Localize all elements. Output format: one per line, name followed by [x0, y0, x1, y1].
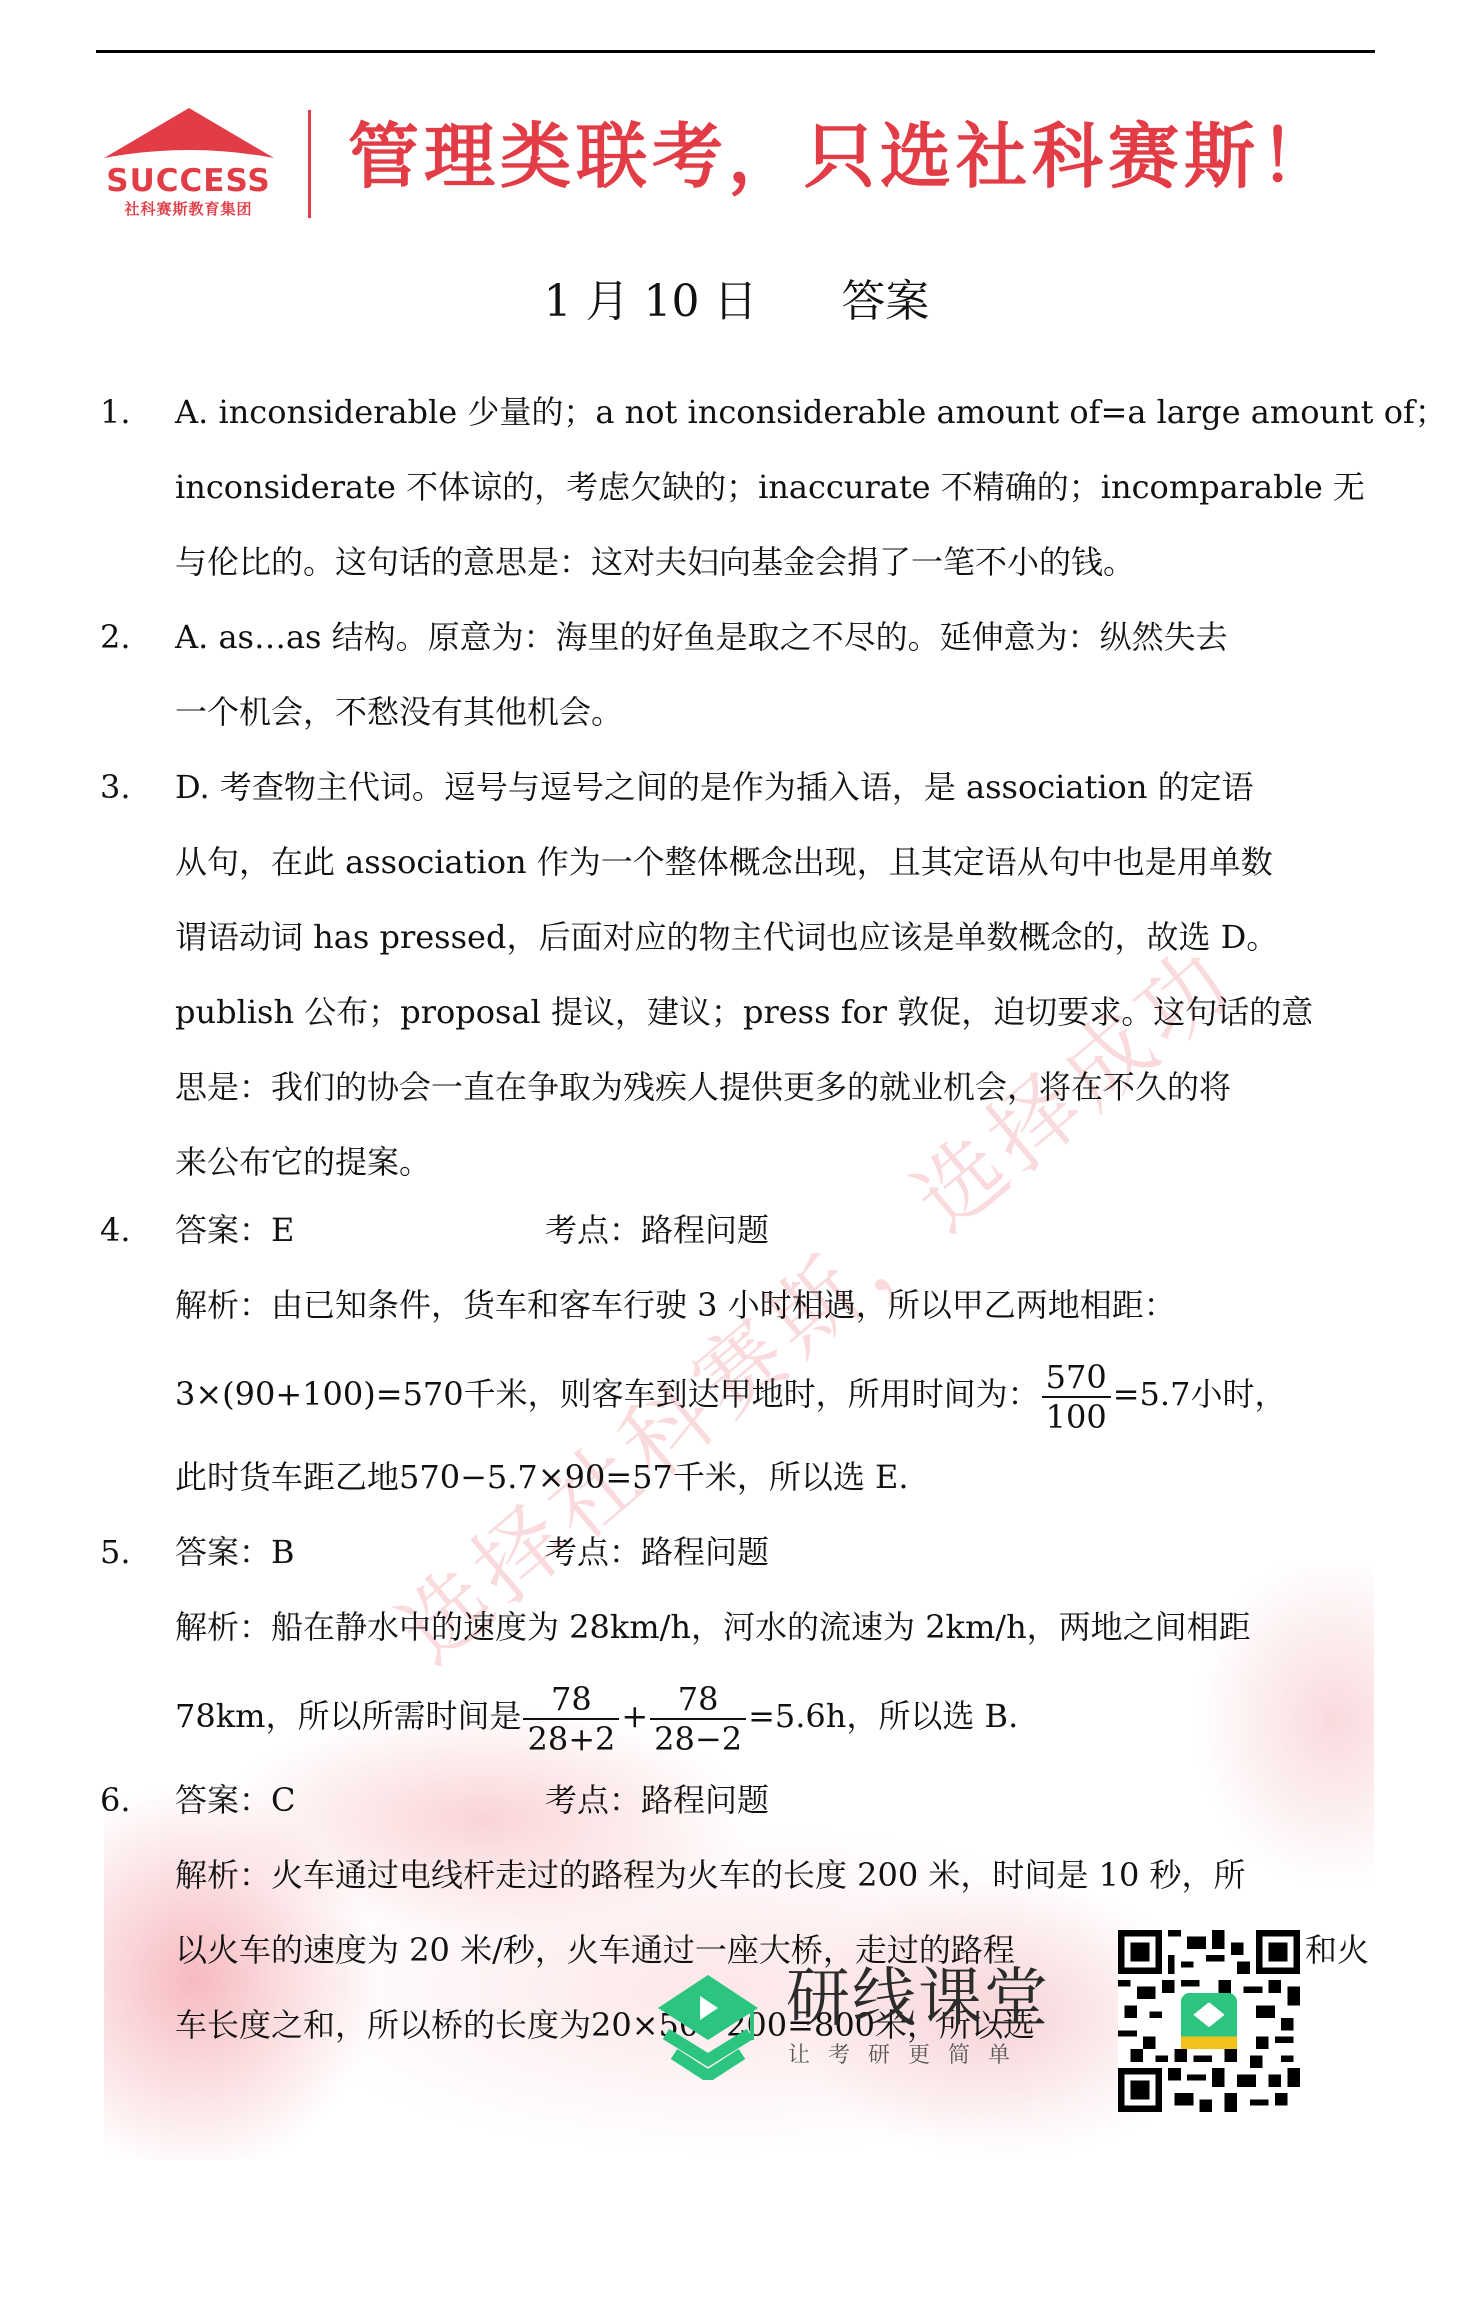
answer-number: 5. — [100, 1530, 131, 1574]
answer-number: 4. — [100, 1208, 131, 1252]
fraction-numerator: 78 — [523, 1680, 619, 1720]
analysis-line-math: 78km，所以所需时间是7828+2+7828−2=5.6h，所以选 B. — [175, 1672, 1018, 1760]
answer-line: 从句，在此 association 作为一个整体概念出现，且其定语从句中也是用单… — [175, 840, 1273, 884]
fraction: 7828−2 — [650, 1680, 746, 1758]
answer-line: 思是：我们的协会一直在争取为残疾人提供更多的就业机会，将在不久的将 — [175, 1065, 1231, 1109]
analysis-line: 解析：船在静水中的速度为 28km/h，河水的流速为 2km/h，两地之间相距 — [175, 1605, 1251, 1649]
topic-label: 考点：路程问题 — [545, 1208, 769, 1252]
fraction-denominator: 28+2 — [523, 1720, 619, 1758]
fraction-numerator: 78 — [650, 1680, 746, 1720]
promo-tagline: 让考研更简单 — [788, 2042, 1028, 2070]
answer-line: 与伦比的。这句话的意思是：这对夫妇向基金会捐了一笔不小的钱。 — [175, 540, 1135, 584]
answer-number: 1. — [100, 390, 131, 434]
answer-line: A. as…as 结构。原意为：海里的好鱼是取之不尽的。延伸意为：纵然失去 — [175, 615, 1228, 659]
fraction-denominator: 100 — [1042, 1398, 1111, 1436]
plus-sign: + — [621, 1697, 648, 1735]
analysis-line: 此时货车距乙地570−5.7×90=57千米，所以选 E. — [175, 1455, 909, 1499]
answer-line: 一个机会，不愁没有其他机会。 — [175, 690, 623, 734]
analysis-line: 解析：火车通过电线杆走过的路程为火车的长度 200 米，时间是 10 秒，所 — [175, 1853, 1246, 1897]
analysis-line-math: 3×(90+100)=570千米，则客车到达甲地时，所用时间为：570100=5… — [175, 1350, 1286, 1438]
qr-code-icon[interactable] — [1118, 1930, 1300, 2112]
analysis-text: =5.7小时， — [1113, 1375, 1287, 1413]
fraction-numerator: 570 — [1042, 1358, 1111, 1398]
answer-line: D. 考查物主代词。逗号与逗号之间的是作为插入语，是 association 的… — [175, 765, 1254, 809]
answer-number: 2. — [100, 615, 131, 659]
answer-line: 谓语动词 has pressed，后面对应的物主代词也应该是单数概念的，故选 D… — [175, 915, 1278, 959]
answer-line: 来公布它的提案。 — [175, 1140, 431, 1184]
topic-label: 考点：路程问题 — [545, 1530, 769, 1574]
analysis-text: 78km，所以所需时间是 — [175, 1697, 521, 1735]
answer-number: 3. — [100, 765, 131, 809]
answer-key: 答案：B — [175, 1530, 295, 1574]
fraction: 570100 — [1042, 1358, 1111, 1436]
analysis-line: 解析：由已知条件，货车和客车行驶 3 小时相遇，所以甲乙两地相距： — [175, 1283, 1176, 1327]
answer-line: publish 公布；proposal 提议，建议；press for 敦促，迫… — [175, 990, 1313, 1034]
answer-line: inconsiderate 不体谅的，考虑欠缺的；inaccurate 不精确的… — [175, 465, 1365, 509]
answer-key: 答案：C — [175, 1778, 296, 1822]
answer-number: 6. — [100, 1778, 131, 1822]
topic-label: 考点：路程问题 — [545, 1778, 769, 1822]
fraction: 7828+2 — [523, 1680, 619, 1758]
answer-key: 答案：E — [175, 1208, 294, 1252]
analysis-line-tail: 和火 — [1305, 1928, 1369, 1972]
analysis-text: 3×(90+100)=570千米，则客车到达甲地时，所用时间为： — [175, 1375, 1040, 1413]
fraction-denominator: 28−2 — [650, 1720, 746, 1758]
yanxian-promo: 研线课堂 让考研更简单 — [648, 1960, 1068, 2090]
analysis-text: =5.6h，所以选 B. — [748, 1697, 1018, 1735]
answer-line: A. inconsiderable 少量的；a not inconsiderab… — [175, 390, 1447, 434]
promo-brand: 研线课堂 — [786, 1960, 1050, 2038]
graduation-cap-icon — [648, 1970, 768, 2080]
